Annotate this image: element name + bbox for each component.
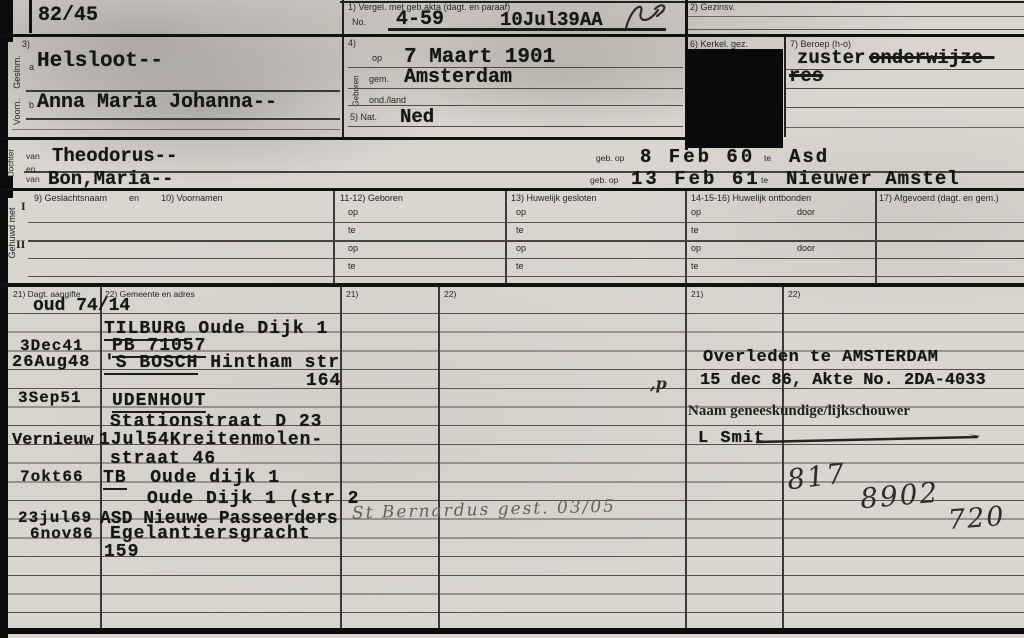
van-label: van [26,151,40,161]
registration-row: 164 [306,371,341,391]
nat-label: 5) Nat. [350,112,377,122]
op-label: op [348,243,358,253]
registration-date: 7okt66 [20,468,84,486]
birth-op-label: op [372,53,382,63]
col-huwelijk-gesloten-label: 13) Huwelijk gesloten [511,193,597,203]
field3-number: 3) [22,39,30,49]
address-underlined: 'S BOSCH [104,353,198,375]
registration-row: straat 46 [110,449,216,469]
section-border [0,34,1024,37]
col-huwelijk-ontbonden-label: 14-15-16) Huwelijk ontbonden [691,193,811,203]
rule-line [28,240,1024,242]
card-ref-number: 82/45 [38,4,98,27]
occupation-struck-part1: onderwijze- [869,47,994,69]
mother-birthplace: Nieuwer Amstel [786,168,960,190]
section-border [0,283,1024,287]
van2-label: van [26,174,40,184]
mother-name: Bon,Maria-- [48,168,173,190]
address-underlined: TB [103,468,127,490]
rule-line [28,222,1024,223]
rule-line [28,258,1024,259]
father-name: Theodorus-- [52,145,177,167]
registration-row: 159 [104,542,139,562]
no-label: No. [352,17,366,27]
row-b-marker: b [29,100,34,110]
divider-line [875,191,877,283]
gezinsv-label: 2) Gezinsv. [690,2,735,12]
col-geslachtsnaam-label: 9) Geslachtsnaam [34,193,107,203]
rule-line [786,107,1024,108]
address-text: Hintham str [198,353,340,373]
te-label: te [691,261,699,271]
registration-row: TB Oude dijk 1 [103,468,280,488]
rule-line [688,29,1024,30]
te-label: te [348,225,356,235]
registration-row: Stationstraat D 23 [110,412,322,432]
mother-birthdate: 13 Feb 61 [631,168,761,190]
rule-line [348,88,683,89]
field4-number: 4) [348,38,356,48]
col-en-label: en [129,193,139,203]
father-birthplace: Asd [789,146,829,168]
divider-line [438,287,440,628]
rule-line [348,67,683,68]
registration-row: 'S BOSCH Hintham str [104,353,340,373]
row-a-marker: a [29,62,34,72]
voorn-side-label: Voorn. [12,99,22,125]
col-voornamen-label: 10) Voornamen [161,193,223,203]
rule-line [388,28,666,31]
col-afgevoerd-label: 17) Afgevoerd (dagt. en gem.) [879,193,999,203]
op-label: op [691,207,701,217]
section-border [0,137,686,140]
rule-line [28,276,1024,277]
registration-date: 26Aug48 [12,353,90,372]
registration-row: 1Jul54Kreitenmolen- [99,430,323,450]
scan-edge-left [0,0,8,638]
death-place-line: Overleden te AMSTERDAM [703,348,938,367]
address-text: Oude dijk 1 [127,468,280,488]
birth-ond-label: ond./land [369,95,406,105]
address-underlined: UDENHOUT [112,391,206,413]
registration-date: 3Sep51 [18,389,82,407]
divider-line [685,191,687,283]
geslnm-side-label: Geslnm. [12,55,22,89]
divider-line [342,0,344,137]
rule-line [786,127,1024,128]
divider-line [685,287,687,628]
handwritten-p-mark: ,p [650,374,667,393]
registration-date: 6nov86 [30,525,94,543]
registration-card: 82/45 1) Vergel. met geb.akta (dagt. en … [0,0,1024,638]
dochter-side-label: Dochter [7,149,16,177]
handwritten-number: 720 [947,501,1007,536]
rule-line [348,126,683,127]
en-label: en [26,164,35,174]
op-label: op [348,207,358,217]
col-geboren-label: 11-12) Geboren [340,193,403,203]
divider-line [100,287,102,628]
divider-line [505,191,507,283]
birth-gem-label: gem. [369,74,389,84]
registration-date: Vernieuw [12,431,94,450]
divider-line [784,37,786,137]
section-border [0,188,1024,191]
te-label: te [764,153,771,163]
marriage-i-marker: I [21,199,26,214]
op-label: op [691,243,701,253]
divider-line [782,287,784,628]
geb-op2-label: geb. op [590,175,618,185]
door-label: door [797,243,815,253]
handwritten-number: 8902 [859,476,941,516]
firstnames-value: Anna Maria Johanna-- [37,91,277,114]
marriage-name-header: 9) Geslachtsnaam en 10) Voornamen [34,193,223,203]
rule-line [786,88,1024,89]
oud-annotation: oud 74/14 [33,296,130,316]
rule-line [26,118,340,120]
bottom-border [0,628,1024,634]
registration-row: UDENHOUT [112,391,206,411]
rule-line [12,129,340,130]
col-21-label: 21) [691,289,703,299]
te-label: te [516,225,524,235]
te-label: te [516,261,524,271]
col-21-label: 21) [346,289,358,299]
registration-row: Oude Dijk 1 (str 2 [147,489,359,509]
registration-row: Egelantiersgracht [110,524,311,544]
geb-op-label: geb. op [596,153,624,163]
nationality-value: Ned [400,106,434,128]
divider-line [340,287,342,628]
kerkel-label: 6) Kerkel. gez. [690,39,748,49]
te2-label: te [761,175,768,185]
col-22-label: 22) [444,289,456,299]
geboren-side-label: Geboren [352,75,361,106]
te-label: te [691,225,699,235]
rule-line [786,69,1024,70]
redaction-box [686,49,783,148]
divider-line [333,191,335,283]
te-label: te [348,261,356,271]
col-22-label: 22) [788,289,800,299]
address-text: Oude Dijk 1 [187,319,329,339]
op-label: op [516,243,526,253]
birth-place-value: Amsterdam [404,66,512,89]
door-label: door [797,207,815,217]
divider-line [29,0,32,33]
death-date-akte-line: 15 dec 86, Akte No. 2DA-4033 [700,371,986,390]
father-birthdate: 8 Feb 60 [640,146,755,168]
rule-line [688,16,1024,17]
scan-edge-blob-mid [0,176,13,198]
op-label: op [516,207,526,217]
coroner-label: Naam geneeskundige/lijkschouwer [688,403,910,420]
rule-line [348,105,683,106]
arrow-line [756,432,992,446]
marriage-ii-marker: II [16,237,25,252]
surname-value: Helsloot-- [37,50,163,73]
